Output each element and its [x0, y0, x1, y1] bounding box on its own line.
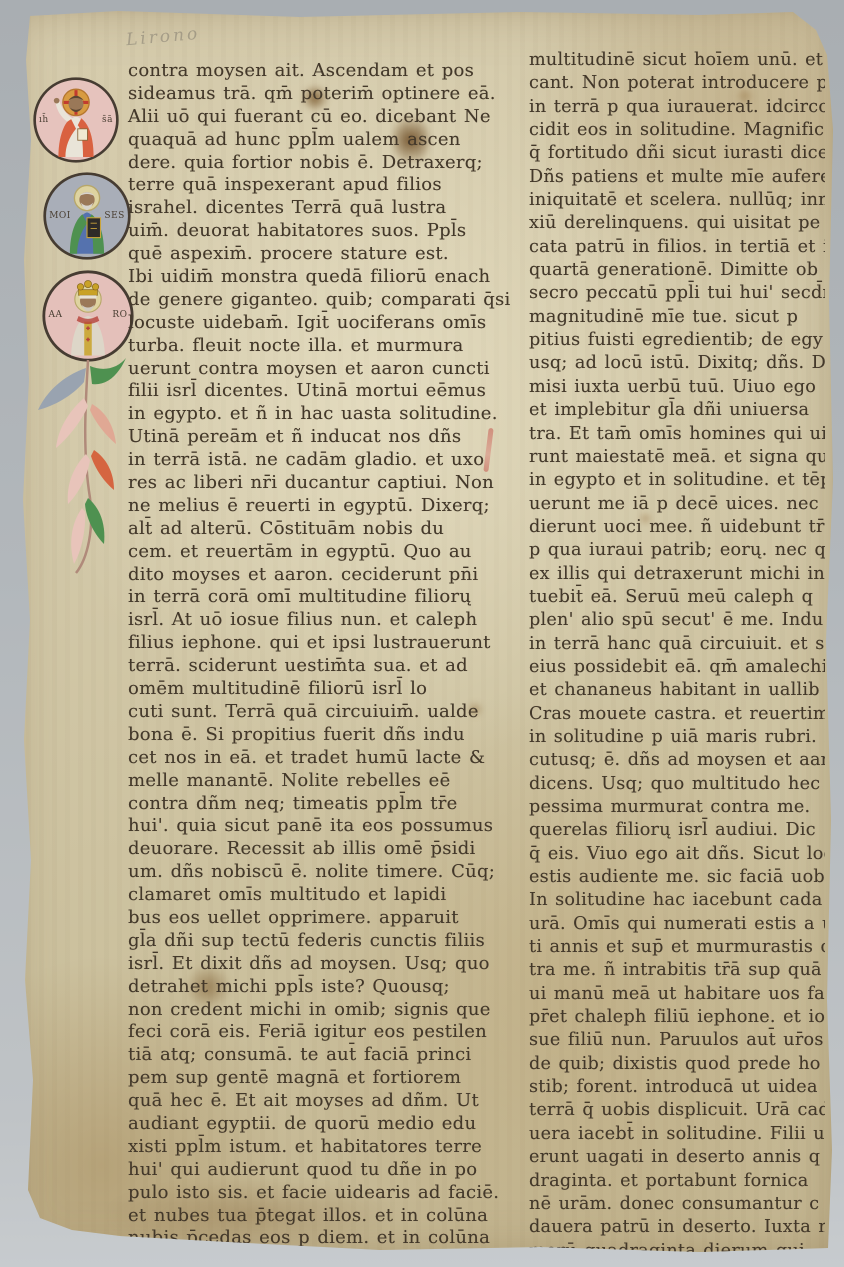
manuscript-text-line: cutusq; ē. dñs ad moysen et aaron: [529, 749, 825, 772]
manuscript-text-line: et chananeus habitant in uallib: [529, 679, 825, 702]
manuscript-text-line: urā. Omīs qui numerati estis a uī: [529, 913, 825, 936]
manuscript-text-line: q̄ eis. Viuo ego ait dñs. Sicut locu: [529, 843, 825, 866]
manuscript-text-line: de quib; dixistis quod prede ho: [529, 1053, 825, 1076]
manuscript-text-line: terrā q̄ uobis displicuit. Urā cad: [529, 1099, 825, 1122]
book: [78, 129, 88, 140]
manuscript-text-line: bus eos uellet opprimere. apparuit: [128, 907, 500, 930]
manuscript-text-line: Dñs patiens et multe mīe aufere: [529, 166, 825, 189]
manuscript-text-line: quā hec ē. Et ait moyses ad dñm. Ut: [128, 1090, 500, 1113]
manuscript-text-line: misi iuxta uerbū tuū. Uiuo ego: [529, 376, 825, 399]
manuscript-text-line: usq; ad locū istū. Dixitq; dñs. Di: [529, 352, 825, 375]
manuscript-text-line: et implebitur gl̄a dñi uniuersa: [529, 399, 825, 422]
manuscript-text-line: tra. Et tam̄ omīs homines qui uid: [529, 423, 825, 446]
manuscript-text-line: detrahet michi ppl̄s iste? Quousq;: [128, 976, 500, 999]
manuscript-text-line: res ac liberi nr̄i ducantur captiui. Non: [128, 472, 500, 495]
manuscript-text-line: dierunt uoci mee. ñ uidebunt tr̄: [529, 516, 825, 539]
manuscript-text-line: in terrā corā omī multitudine filiorų: [128, 586, 500, 609]
manuscript-text-line: contra moysen ait. Ascendam et pos: [128, 60, 500, 83]
manuscript-text-line: nubis p̄cedas eos p diem. et in colūna: [128, 1227, 500, 1250]
crown-orb: [77, 284, 83, 290]
manuscript-text-line: tiā atq; consumā. te aut̄ faciā princi: [128, 1044, 500, 1067]
manuscript-text-line: isrl̄. Et dixit dñs ad moysen. Usq; quo: [128, 953, 500, 976]
manuscript-text-line: xisti ppl̄m istum. et habitatores terre: [128, 1136, 500, 1159]
manuscript-text-line: erunt uagati in deserto annis q: [529, 1146, 825, 1169]
manuscript-text-line: xiū derelinquens. qui uisitat pe: [529, 212, 825, 235]
manuscript-text-line: pem sup gentē magnā et fortiorem: [128, 1067, 500, 1090]
manuscript-text-line: filii isrl̄ dicentes. Utinā mortui eēmus: [128, 380, 500, 403]
roundel-inscription-right: SES: [104, 211, 124, 221]
manuscript-text-line: quartā generationē. Dimitte ob: [529, 259, 825, 282]
text-column-left: contra moysen ait. Ascendam et possideam…: [128, 60, 500, 1250]
manuscript-text-line: clamaret omīs multitudo et lapidi: [128, 884, 500, 907]
manuscript-text-line: querelas filiorų isrl̄ audiui. Dic: [529, 819, 825, 842]
manuscript-text-line: eius possidebit eā. qm̄ amalechit: [529, 656, 825, 679]
red-leaf: [91, 450, 114, 490]
manuscript-text-line: pessima murmurat contra me.: [529, 796, 825, 819]
salmon-leaf: [90, 404, 116, 444]
manuscript-text-line: ti annis et sup̄ et murmurastis con: [529, 936, 825, 959]
manuscript-text-line: ex illis qui detraxerunt michi in: [529, 563, 825, 586]
manuscript-text-line: audiant egyptii. de quorū medio edu: [128, 1113, 500, 1136]
manuscript-text-line: cet nos in eā. et tradet humū lacte &: [128, 747, 500, 770]
manuscript-text-line: stib; forent. introducā ut uidea: [529, 1076, 825, 1099]
manuscript-text-line: ui manū meā ut habitare uos fac: [529, 983, 825, 1006]
manuscript-text-line: gl̄a dñi sup tectū federis cunctis filii…: [128, 930, 500, 953]
manuscript-text-line: uerunt contra moysen et aaron cuncti: [128, 358, 500, 381]
manuscript-text-line: in terrā p qua iurauerat. idcirco oc: [529, 96, 825, 119]
manuscript-text-line: Ibi uidim̄ monstra quedā filiorū enach: [128, 266, 500, 289]
manuscript-text-line: cant. Non poterat introducere pp: [529, 72, 825, 95]
green-leaf-top: [90, 358, 126, 384]
crown-orb: [84, 280, 91, 287]
manuscript-text-line: dito moyses et aaron. ceciderunt pn̄i: [128, 564, 500, 587]
manuscript-text-line: uera iacebt̄ in solitudine. Filii ur: [529, 1123, 825, 1146]
manuscript-text-line: deuorare. Recessit ab illis omē p̄sidi: [128, 838, 500, 861]
manuscript-text-line: in egypto et in solitudine. et tēp: [529, 469, 825, 492]
manuscript-text-line: dauera patrū in deserto. Iuxta n: [529, 1216, 825, 1239]
manuscript-text-line: magnitudinē mīe tue. sicut p: [529, 306, 825, 329]
manuscript-text-line: cata patrū in filios. in tertiā et in: [529, 236, 825, 259]
manuscript-text-line: de genere giganteo. quib; comparati q̄si: [128, 289, 500, 312]
manuscript-text-line: pitius fuisti egredientib; de egy: [529, 329, 825, 352]
manuscript-text-line: bona ē. Si propitius fuerit dñs indu: [128, 724, 500, 747]
text-column-right: multitudinē sicut hoīem unū. et dcant. N…: [529, 49, 825, 1263]
manuscript-text-line: quē aspexim̄. procere stature est.: [128, 243, 500, 266]
manuscript-text-line: cem. et reuertām in egyptū. Quo au: [128, 541, 500, 564]
manuscript-text-line: tra me. ñ intrabitis tr̄ā sup quā le: [529, 959, 825, 982]
manuscript-text-line: p qua iuraui patrib; eorų. nec qs: [529, 539, 825, 562]
manuscript-text-line: melle manantē. Nolite rebelles eē: [128, 770, 500, 793]
manuscript-text-line: q̄ fortitudo dñi sicut iurasti dicen: [529, 142, 825, 165]
manuscript-text-line: pulo isto sis. et facie uidearis ad faci…: [128, 1182, 500, 1205]
manuscript-text-line: sideamus trā. qm̄ poterim̄ optinere eā.: [128, 83, 500, 106]
pink-leaf: [56, 398, 88, 448]
manuscript-text-line: iniquitatē et scelera. nullūq; inno: [529, 189, 825, 212]
miniature-christ-roundel: ıh̄ s̄ā: [32, 76, 120, 164]
green-leaf-low: [85, 498, 104, 544]
tablet: [87, 218, 101, 238]
crown-band: [80, 295, 97, 298]
manuscript-text-line: hui' qui audierunt quod tu dñe in po: [128, 1159, 500, 1182]
blessing-hand: [54, 98, 60, 104]
manuscript-text-line: et nubes tua p̄tegat illos. et in colūna: [128, 1205, 500, 1228]
manuscript-text-line: draginta. et portabunt fornica: [529, 1170, 825, 1193]
manuscript-text-line: terre quā inspexerant apud filios: [128, 174, 500, 197]
manuscript-text-line: estis audiente me. sic faciā uobis: [529, 866, 825, 889]
manuscript-text-line: pr̄et chaleph filiū iephone. et io: [529, 1006, 825, 1029]
miniature-moses-roundel: MOI SES: [42, 171, 132, 261]
manuscript-text-line: turba. fleuit nocte illa. et murmura: [128, 335, 500, 358]
manuscript-text-line: In solitudine hac iacebunt cada: [529, 889, 825, 912]
manuscript-text-line: secro peccatū ppl̄i tui hui' secd̄m: [529, 282, 825, 305]
manuscript-text-line: Utinā pereām et ñ inducat nos dñs: [128, 426, 500, 449]
manuscript-text-line: in egypto. et ñ in hac uasta solitudine.: [128, 403, 500, 426]
roundel-inscription-left: AA: [49, 310, 63, 320]
manuscript-text-line: in terrā istā. ne cadām gladio. et uxo: [128, 449, 500, 472]
manuscript-text-line: dicens. Usq; quo multitudo hec: [529, 773, 825, 796]
manuscript-text-line: filius iephone. qui et ipsi lustrauerunt: [128, 632, 500, 655]
faint-margin-inscription: Lirono: [125, 24, 201, 50]
manuscript-text-line: Cras mouete castra. et reuertimi: [529, 703, 825, 726]
manuscript-text-line: isrl̄. At uō iosue filius nun. et caleph: [128, 609, 500, 632]
manuscript-text-line: quaquā ad hunc ppl̄m ualem ascen: [128, 129, 500, 152]
manuscript-text-line: dere. quia fortior nobis ē. Detraxerq;: [128, 152, 500, 175]
manuscript-text-line: runt maiestatē meā. et signa que: [529, 446, 825, 469]
manuscript-text-line: cuti sunt. Terrā quā circuiuim̄. ualde: [128, 701, 500, 724]
photo-backdrop: Lirono ıh̄ s̄ā: [0, 0, 844, 1267]
manuscript-leaf: Lirono ıh̄ s̄ā: [0, 0, 844, 1267]
manuscript-text-line: contra dñm neq; timeatis ppl̄m tr̄e: [128, 793, 500, 816]
crown-base: [79, 290, 98, 296]
manuscript-text-line: alt̄ ad alterū. Cōstituām nobis du: [128, 518, 500, 541]
manuscript-text-line: in solitudine p uiā maris rubri. L: [529, 726, 825, 749]
manuscript-text-line: tuebit̄ eā. Seruū meū caleph q: [529, 586, 825, 609]
roundel-inscription-right: RO: [112, 310, 127, 320]
manuscript-text-line: ne melius ē reuerti in egyptū. Dixerq;: [128, 495, 500, 518]
pink-tail: [71, 508, 85, 564]
roundel-inscription-right: s̄ā: [102, 115, 113, 125]
manuscript-text-line: nē urām. donec consumantur c: [529, 1193, 825, 1216]
roundel-inscription-left: MOI: [49, 211, 71, 221]
crown-orb: [92, 284, 98, 290]
manuscript-text-line: Alii uō qui fuerant cū eo. dicebant Ne: [128, 106, 500, 129]
manuscript-text-line: merū quadraginta dierum qui: [529, 1240, 825, 1263]
manuscript-text-line: terrā. sciderunt uestim̄ta sua. et ad: [128, 655, 500, 678]
manuscript-text-line: locuste uidebam̄. Igit̄ uociferans omīs: [128, 312, 500, 335]
manuscript-text-line: israhel. dicentes Terrā quā lustra: [128, 197, 500, 220]
manuscript-text-line: uerunt me iā p decē uices. nec ob: [529, 493, 825, 516]
manuscript-text-line: hui'. quia sicut panē ita eos possumus: [128, 815, 500, 838]
manuscript-text-line: sue filiū nun. Paruulos aut̄ ur̄os: [529, 1029, 825, 1052]
manuscript-text-line: plen' alio spū secut' ē me. Indu: [529, 609, 825, 632]
manuscript-text-line: multitudinē sicut hoīem unū. et d: [529, 49, 825, 72]
manuscript-text-line: non credent michi in omib; signis que: [128, 999, 500, 1022]
roundel-inscription-left: ıh̄: [39, 115, 49, 125]
manuscript-text-line: um. dñs nobiscū ē. nolite timere. Cūq;: [128, 861, 500, 884]
manuscript-text-line: omēm multitudinē filiorū isrl̄ lo: [128, 678, 500, 701]
manuscript-text-line: uim̄. deuorat habitatores suos. Ppl̄s: [128, 220, 500, 243]
manuscript-text-line: in terrā hanc quā circuiuit. et se: [529, 633, 825, 656]
miniature-aaron-roundel: AA RO: [41, 269, 135, 363]
manuscript-text-line: cidit eos in solitudine. Magnifice: [529, 119, 825, 142]
manuscript-text-line: feci corā eis. Feriā igitur eos pestilen: [128, 1021, 500, 1044]
